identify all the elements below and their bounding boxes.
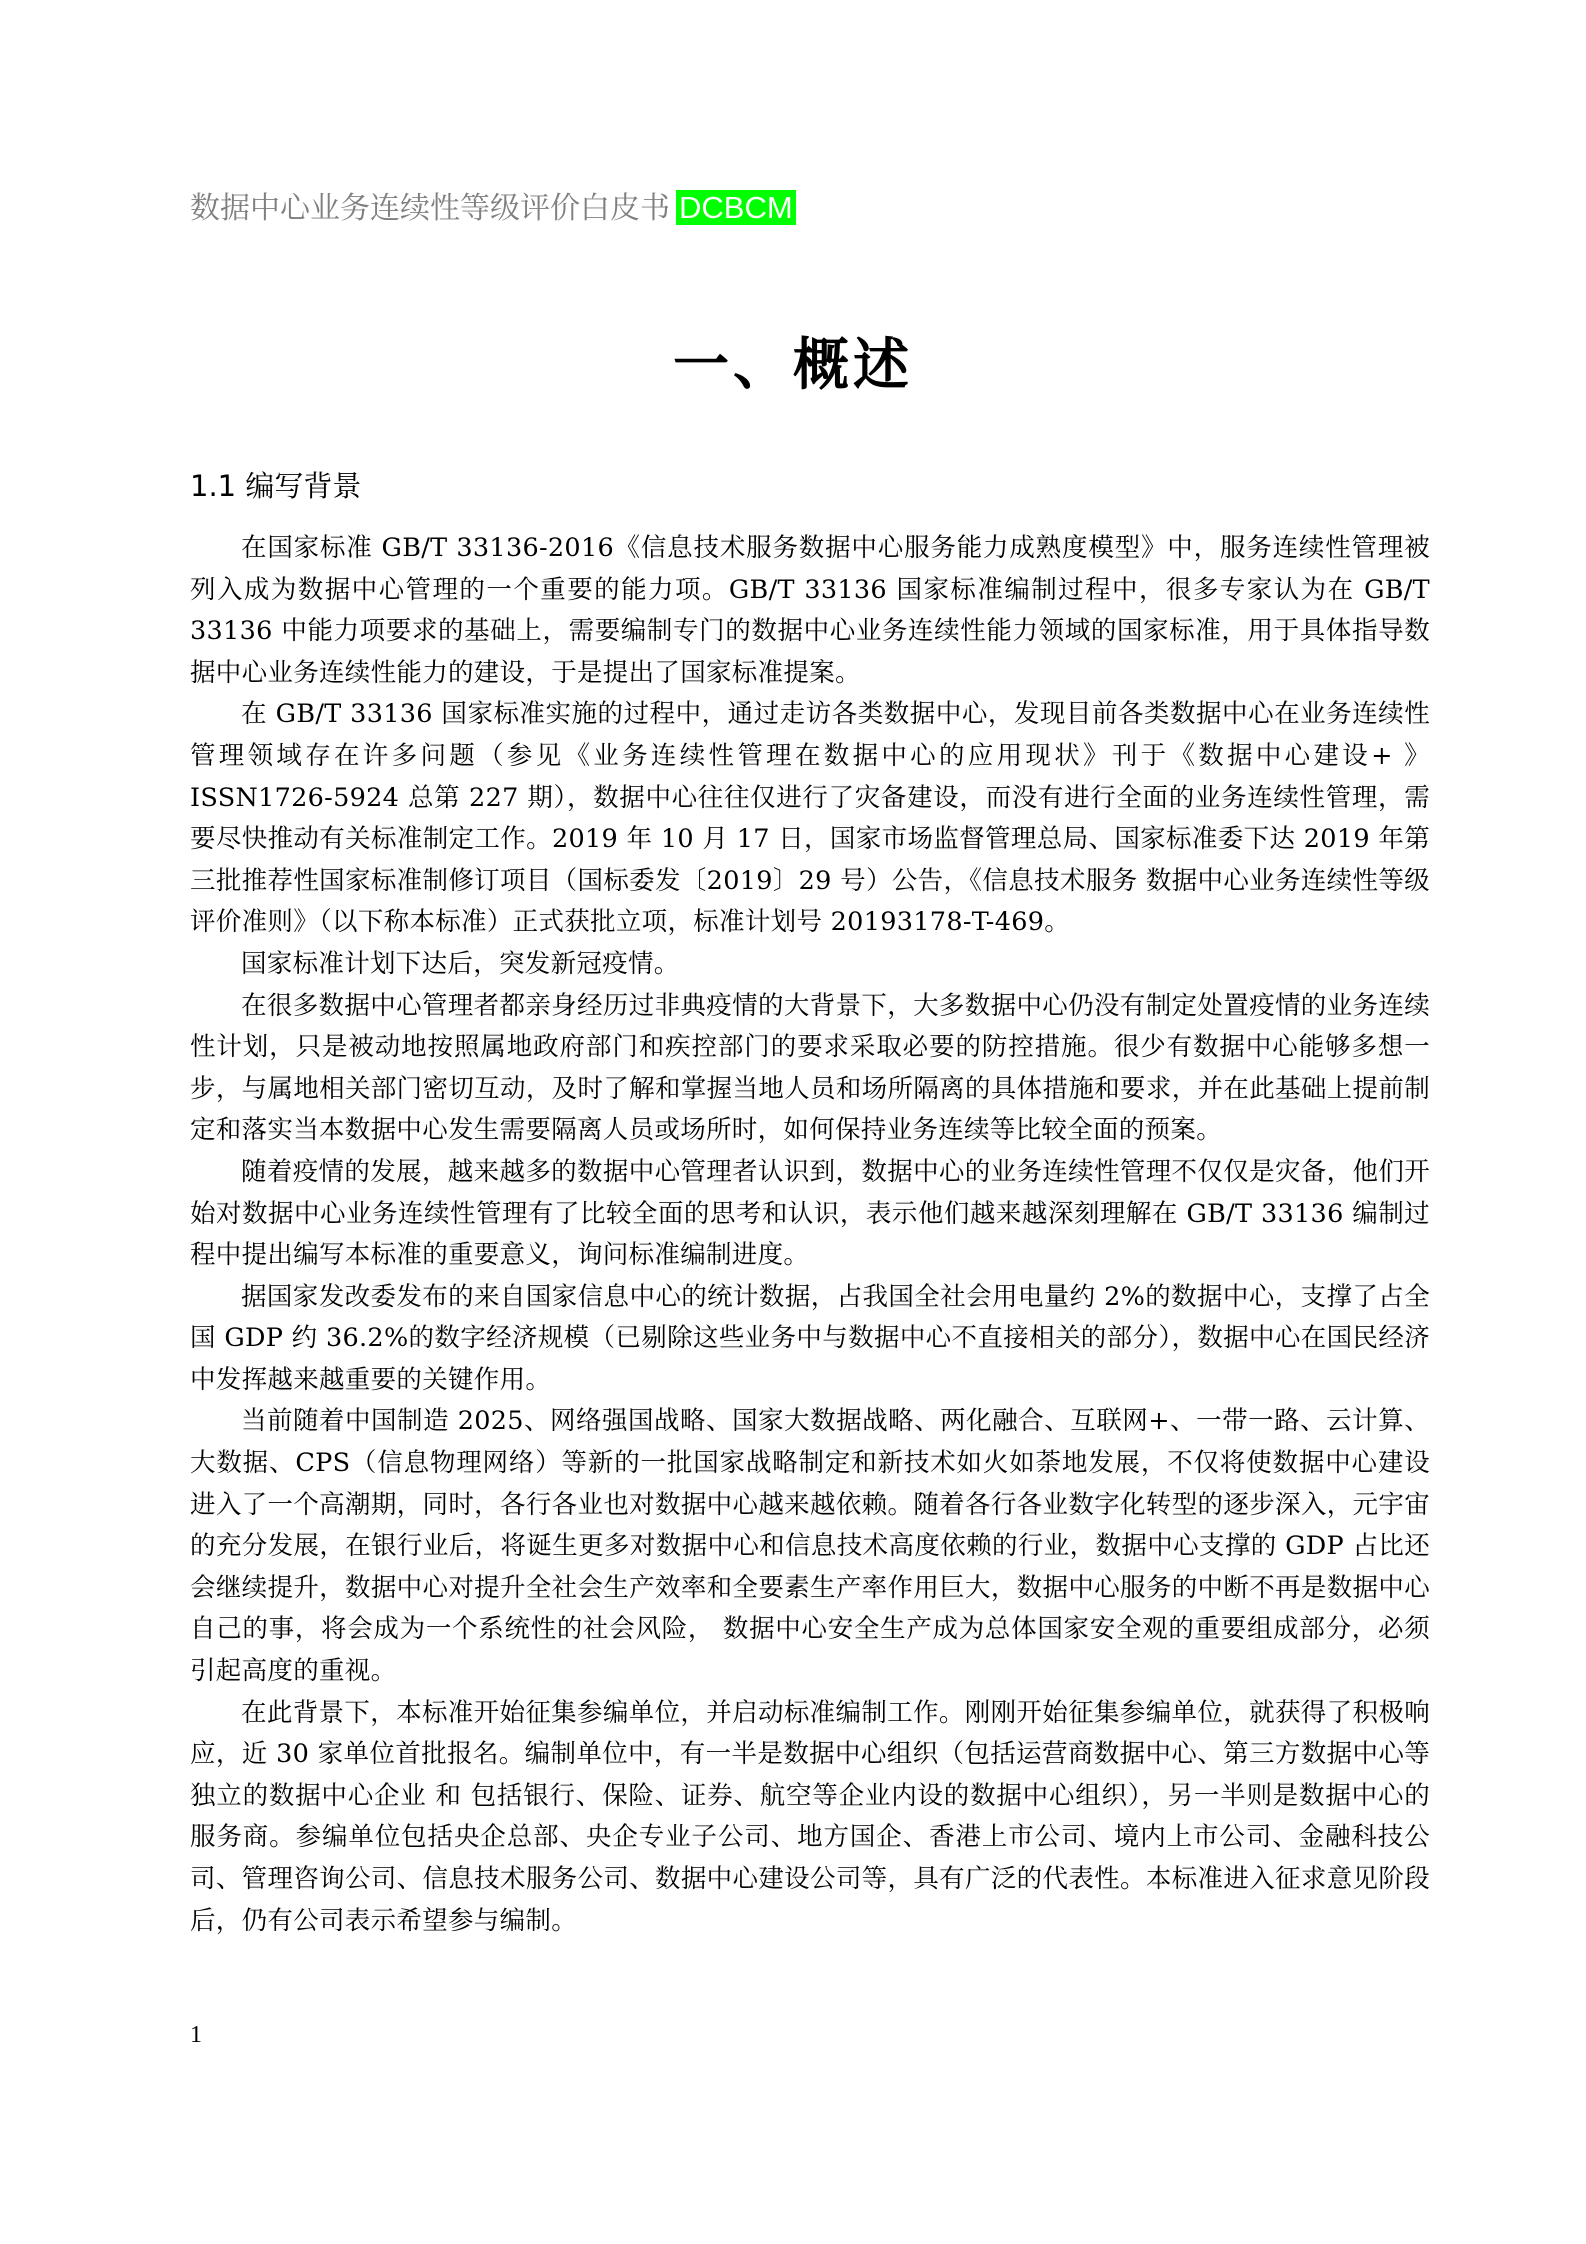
paragraph: 在此背景下，本标准开始征集参编单位，并启动标准编制工作。刚刚开始征集参编单位，就…	[190, 1693, 1430, 1943]
paragraph: 国家标准计划下达后，突发新冠疫情。	[190, 944, 1430, 986]
chapter-title: 一、概述	[0, 325, 1586, 405]
dcbcm-tag: DCBCM	[676, 190, 796, 225]
page-number: 1	[190, 2020, 202, 2050]
running-header: 数据中心业务连续性等级评价白皮书DCBCM	[190, 188, 796, 229]
paragraph: 在 GB/T 33136 国家标准实施的过程中，通过走访各类数据中心，发现目前各…	[190, 694, 1430, 944]
paragraph: 随着疫情的发展，越来越多的数据中心管理者认识到，数据中心的业务连续性管理不仅仅是…	[190, 1152, 1430, 1277]
section-heading: 1.1 编写背景	[190, 466, 361, 506]
paragraph: 当前随着中国制造 2025、网络强国战略、国家大数据战略、两化融合、互联网+、一…	[190, 1401, 1430, 1692]
paragraph: 在很多数据中心管理者都亲身经历过非典疫情的大背景下，大多数据中心仍没有制定处置疫…	[190, 986, 1430, 1152]
document-title: 数据中心业务连续性等级评价白皮书	[190, 191, 670, 226]
paragraph: 据国家发改委发布的来自国家信息中心的统计数据，占我国全社会用电量约 2%的数据中…	[190, 1277, 1430, 1402]
paragraph: 在国家标准 GB/T 33136-2016《信息技术服务数据中心服务能力成熟度模…	[190, 528, 1430, 694]
body-text: 在国家标准 GB/T 33136-2016《信息技术服务数据中心服务能力成熟度模…	[190, 528, 1430, 1942]
